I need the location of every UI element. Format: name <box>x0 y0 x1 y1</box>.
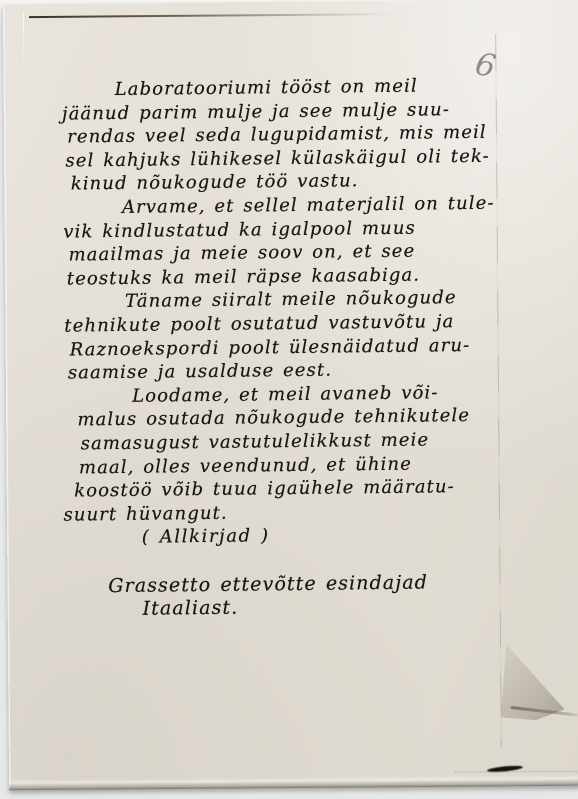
handwritten-line: Arvame, et sellel materjalil on tule- <box>122 191 510 219</box>
paragraph: ( Allkirjad ) <box>64 522 514 551</box>
dust-speck-row <box>455 771 578 773</box>
handwritten-line: ( Allkirjad ) <box>142 522 514 550</box>
page-top-border-line <box>29 13 393 18</box>
paragraph: Arvame, et sellel materjalil on tule-vik… <box>60 191 511 290</box>
letter-photograph: 6 Laboratooriumi tööst on meiljäänud par… <box>3 0 578 790</box>
paragraph: Laboratooriumi tööst on meiljäänud parim… <box>59 74 510 197</box>
paragraph: Täname siiralt meile nõukogudetehnikute … <box>61 286 512 385</box>
left-edge-crease <box>23 12 25 82</box>
handwritten-line: Itaaliast. <box>142 594 514 622</box>
handwritten-line: koostöö võib tuua igaühele määratu- <box>74 475 513 504</box>
signature-block: Grassetto ettevõtte esindajadItaaliast. <box>64 570 515 622</box>
handwriting-text: Laboratooriumi tööst on meiljäänud parim… <box>59 74 515 623</box>
handwritten-line: malus osutada nõukogude tehnikutele <box>77 404 512 433</box>
paragraph: Loodame, et meil avaneb või-malus osutad… <box>62 380 514 527</box>
